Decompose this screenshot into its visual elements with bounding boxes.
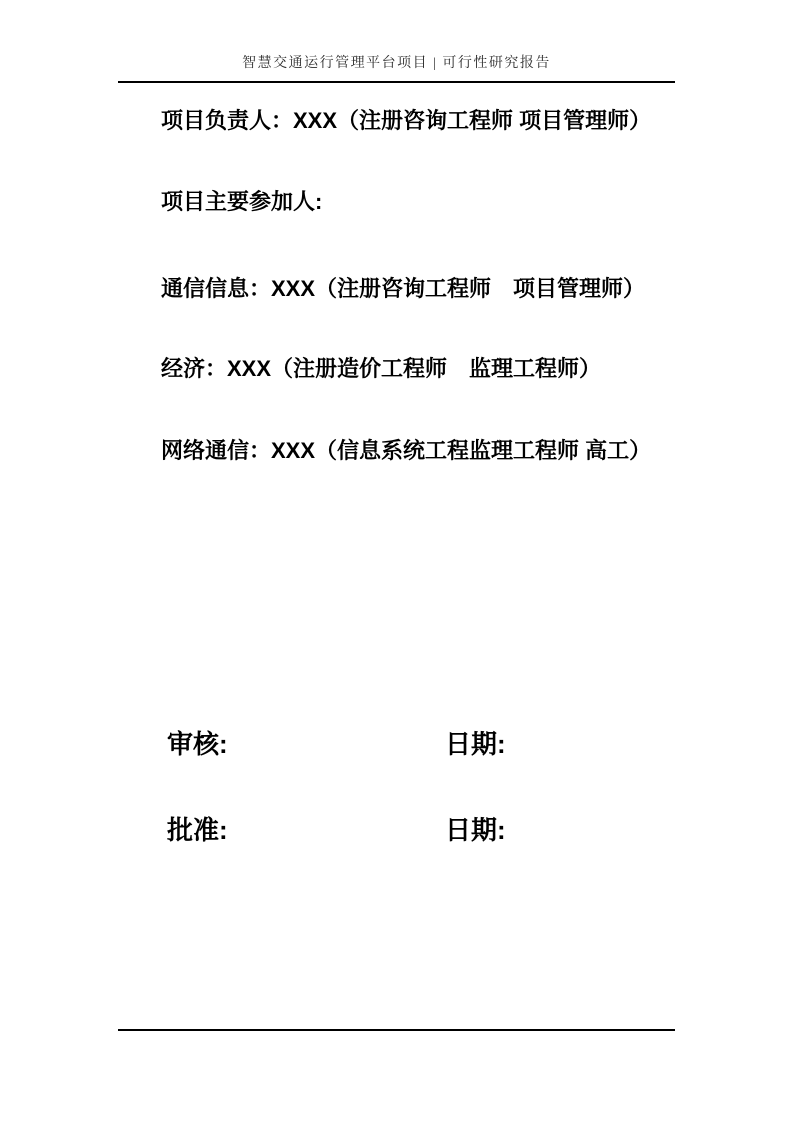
member-line-economics: 经济：XXX（注册造价工程师 监理工程师） xyxy=(161,354,601,384)
member-line-network-communication: 网络通信：XXX（信息系统工程监理工程师 高工） xyxy=(161,436,651,466)
approve-label: 批准: xyxy=(167,812,228,848)
document-page: 智慧交通运行管理平台项目 | 可行性研究报告 项目负责人：XXX（注册咨询工程师… xyxy=(0,0,793,1122)
project-leader-line: 项目负责人：XXX（注册咨询工程师 项目管理师） xyxy=(161,106,651,136)
approve-signoff-row: 批准: 日期: xyxy=(0,812,793,848)
member-line-communication-info: 通信信息：XXX（注册咨询工程师 项目管理师） xyxy=(161,274,645,304)
review-label: 审核: xyxy=(167,726,228,762)
participants-heading: 项目主要参加人: xyxy=(161,187,322,217)
review-signoff-row: 审核: 日期: xyxy=(0,726,793,762)
review-date-label: 日期: xyxy=(445,726,506,762)
header-divider-rule xyxy=(118,81,675,83)
footer-divider-rule xyxy=(118,1029,675,1031)
page-header-title: 智慧交通运行管理平台项目 | 可行性研究报告 xyxy=(0,52,793,72)
approve-date-label: 日期: xyxy=(445,812,506,848)
